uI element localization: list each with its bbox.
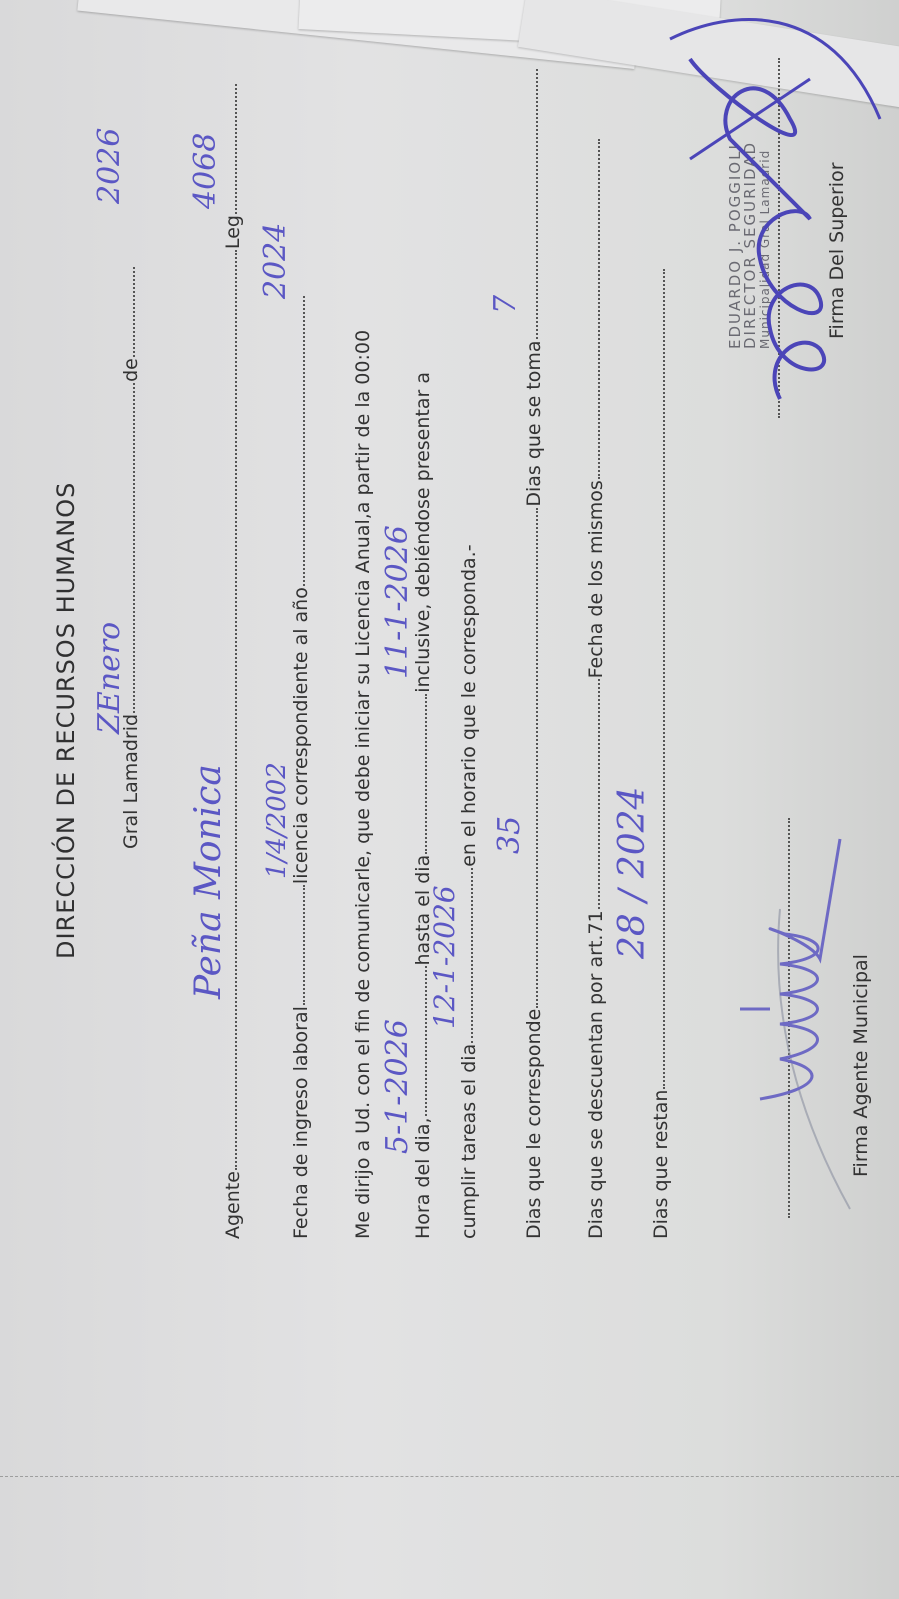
days-entitled-label: Dias que le corresponde [523, 1009, 545, 1239]
days-remaining-label: Dias que restan [650, 1090, 672, 1239]
agent-value: Peña Monica [188, 764, 229, 999]
start-date-value: 5-1-2026 [380, 1019, 415, 1154]
days-deducted-field[interactable] [598, 679, 600, 909]
licencia-form-sheet: DIRECCIÓN DE RECURSOS HUMANOS Gral Lamad… [0, 0, 899, 1599]
end-date-value: 11-1-2026 [380, 525, 415, 679]
days-deducted-label: Dias que se descuentan por art.71 [585, 910, 607, 1239]
place-month-field[interactable] [133, 383, 135, 713]
place-label: Gral Lamadrid [120, 714, 142, 849]
days-entitled-value: 35 [492, 816, 527, 854]
days-taken-label: Dias que se toma [523, 340, 545, 506]
license-year-label: licencia correspondiente al año [290, 587, 312, 884]
inclusive-text: inclusive, debiéndose presentar a [412, 372, 434, 693]
year-label: de [120, 358, 142, 382]
days-entitled-field[interactable] [536, 508, 538, 1008]
return-row: cumplir tareas el dia en el horario que … [458, 544, 480, 1239]
days-entitled-row: Dias que le corresponde Dias que se toma [523, 68, 545, 1239]
agent-signature [700, 719, 870, 1239]
agent-field[interactable] [235, 250, 237, 1170]
dates-label: Fecha de los mismos [585, 480, 607, 678]
license-year-field[interactable] [303, 296, 305, 586]
year-field[interactable] [133, 267, 135, 357]
paragraph-text: Me dirijo a Ud. con el fin de comunicarl… [352, 330, 374, 1239]
end-date-field[interactable] [425, 694, 427, 854]
days-deducted-row: Dias que se descuentan por art.71 Fecha … [585, 138, 607, 1239]
leg-field[interactable] [235, 84, 237, 214]
days-taken-value: 7 [488, 295, 523, 314]
leg-label: Leg [222, 215, 244, 249]
start-date-field[interactable] [425, 967, 427, 1117]
hire-date-value: 1/4/2002 [262, 762, 292, 879]
return-date-value: 12-1-2026 [428, 885, 461, 1029]
form-title: DIRECCIÓN DE RECURSOS HUMANOS [52, 482, 80, 959]
dates-field[interactable] [598, 139, 600, 479]
dates-row: Hora del dia, hasta el dia inclusive, de… [412, 372, 434, 1239]
hour-label: Hora del dia, [412, 1118, 434, 1240]
days-remaining-value: 28 / 2024 [612, 787, 653, 959]
hire-date-label: Fecha de ingreso laboral [290, 1006, 312, 1239]
return-label: cumplir tareas el dia [458, 1044, 480, 1239]
hire-row: Fecha de ingreso laboral licencia corres… [290, 295, 312, 1239]
license-year-value: 2024 [258, 223, 293, 299]
year-value: 2026 [92, 128, 127, 204]
superior-signature [650, 0, 890, 419]
leg-value: 4068 [188, 133, 223, 209]
place-date-row: Gral Lamadrid de [120, 266, 142, 849]
agent-row: Agente Leg [222, 83, 244, 1239]
paragraph-line: Me dirijo a Ud. con el fin de comunicarl… [352, 330, 374, 1239]
schedule-text: en el horario que le corresponda.- [458, 544, 480, 866]
return-date-field[interactable] [471, 868, 473, 1043]
agent-label: Agente [222, 1171, 244, 1239]
place-month-value: ZEnero [92, 622, 127, 734]
hire-date-field[interactable] [303, 885, 305, 1005]
days-taken-field[interactable] [536, 69, 538, 339]
